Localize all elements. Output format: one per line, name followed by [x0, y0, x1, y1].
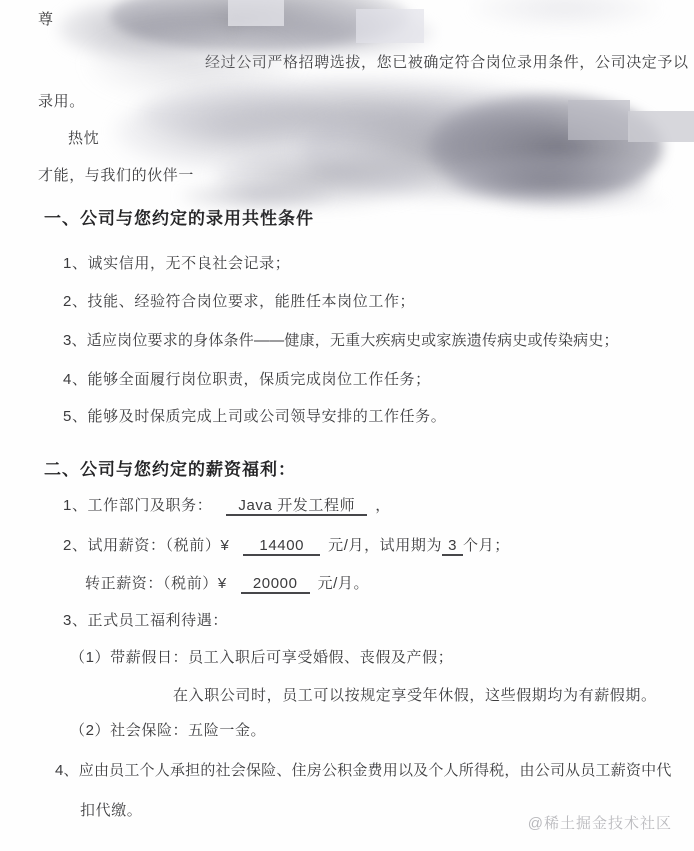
section1-item-2: 2、技能、经验符合岗位要求，能胜任本岗位工作；: [63, 290, 415, 311]
probation-months-value: 3: [442, 538, 463, 556]
benefit-1-note: 在入职公司时，员工可以按规定享受年休假，这些假期均为有薪假期。: [173, 684, 657, 705]
redaction-smudge: [428, 93, 663, 201]
job-title-suffix: ，: [375, 497, 391, 514]
intro-line-1: 经过公司严格招聘选拔，您已被确定符合岗位录用条件，公司决定予以: [205, 51, 689, 72]
job-title-value: Java 开发工程师: [226, 498, 367, 516]
redaction-smudge: [140, 78, 570, 150]
benefit-2: （2）社会保险：五险一金。: [70, 719, 266, 740]
intro-line-2: 录用。: [38, 90, 85, 111]
redaction-smudge: [58, 0, 228, 60]
regular-suffix: 元/月。: [318, 575, 370, 592]
redaction-smudge: [215, 148, 425, 206]
regular-prefix: 转正薪资：（税前）¥: [85, 575, 227, 592]
redaction-smudge: [110, 0, 410, 52]
probation-salary-value: 14400: [243, 538, 320, 556]
regular-salary-value: 20000: [241, 576, 310, 594]
section1-item-3: 3、适应岗位要求的身体条件——健康，无重大疾病史或家族遗传病史或传染病史；: [63, 329, 619, 350]
section2-item4-line1: 4、应由员工个人承担的社会保险、住房公积金费用以及个人所得税，由公司从员工薪资中…: [55, 759, 672, 780]
redaction-smudge: [115, 92, 345, 170]
benefits-heading: 3、正式员工福利待遇：: [63, 609, 228, 630]
section1-item-4: 4、能够全面履行岗位职责，保质完成岗位工作任务；: [63, 368, 431, 389]
redaction-smudge: [500, 192, 670, 210]
benefit-1: （1）带薪假日：员工入职后可享受婚假、丧假及产假；: [70, 646, 453, 667]
offer-letter-page: 尊 经过公司严格招聘选拔，您已被确定符合岗位录用条件，公司决定予以 录用。 热忱…: [0, 0, 694, 851]
regular-salary-line: 转正薪资：（税前）¥20000元/月。: [85, 572, 369, 594]
probation-mid-text: 元/月，试用期为: [328, 537, 442, 554]
section1-item-5: 5、能够及时保质完成上司或公司领导安排的工作任务。: [63, 405, 446, 426]
probation-salary-line: 2、试用薪资：（税前）¥14400元/月，试用期为3个月；: [63, 534, 510, 556]
redaction-smudge: [470, 0, 660, 28]
section1-heading: 一、公司与您约定的录用共性条件: [44, 204, 314, 229]
pixelation-patch: [228, 0, 284, 26]
pixelation-patch: [568, 100, 630, 140]
watermark-text: @稀土掘金技术社区: [528, 812, 672, 833]
greeting-partial-text: 尊: [38, 8, 54, 29]
job-title-prefix: 1、工作部门及职务：: [63, 497, 212, 514]
pixelation-patch: [628, 111, 694, 142]
intro-line-4-partial: 才能，与我们的伙伴一: [38, 164, 194, 185]
probation-prefix: 2、试用薪资：（税前）¥: [63, 537, 229, 554]
intro-line-3-partial: 热忱: [68, 127, 99, 148]
section1-item-1: 1、诚实信用，无不良社会记录；: [63, 252, 290, 273]
section2-item4-line2: 扣代缴。: [80, 799, 142, 820]
probation-suffix: 个月；: [463, 537, 510, 554]
redaction-smudge: [450, 158, 650, 206]
redaction-smudge: [300, 103, 590, 198]
section2-heading: 二、公司与您约定的薪资福利：: [44, 455, 296, 480]
job-title-line: 1、工作部门及职务：Java 开发工程师，: [63, 494, 391, 516]
pixelation-patch: [356, 9, 424, 43]
